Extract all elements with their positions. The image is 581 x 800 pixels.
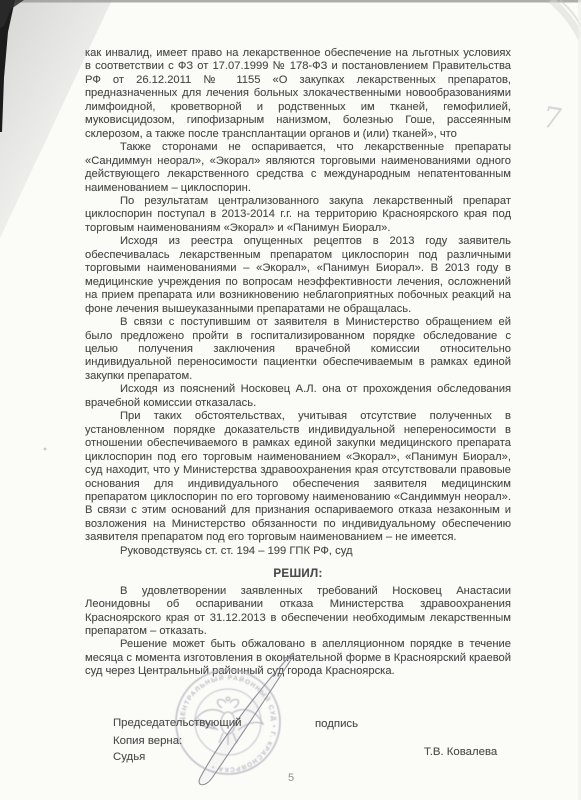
paragraph: В связи с поступившим от заявителя в Мин… [85,316,511,383]
paragraph: В удовлетворении заявленных требований Н… [85,585,511,639]
paragraph: Исходя из реестра опущенных рецептов в 2… [85,235,511,316]
handwritten-signature [180,638,310,793]
paragraph: Исходя из пояснений Носковец А.Л. она от… [85,383,511,410]
copy-true-label: Копия верна: [113,735,182,747]
resolution-heading: РЕШИЛ: [85,567,511,580]
page-number: 5 [288,772,294,784]
document-body: как инвалид, имеет право на лекарственно… [85,47,511,679]
scanned-court-decision-page: как инвалид, имеет право на лекарственно… [0,0,581,800]
judge-name: Т.В. Ковалева [424,746,497,758]
signature-placeholder: подпись [315,718,358,730]
pencil-margin-mark: 7 [539,100,566,136]
paragraph: При таких обстоятельствах, учитывая отсу… [85,410,511,545]
paragraph: По результатам централизованного закупа … [85,195,511,235]
presiding-judge-label: Председательствующий [113,717,241,729]
judge-label: Судья [113,751,145,763]
paragraph: Руководствуясь ст. ст. 194 – 199 ГПК РФ,… [85,545,511,558]
paragraph: Также сторонами не оспаривается, что лек… [85,141,511,195]
paragraph: как инвалид, имеет право на лекарственно… [85,47,511,141]
